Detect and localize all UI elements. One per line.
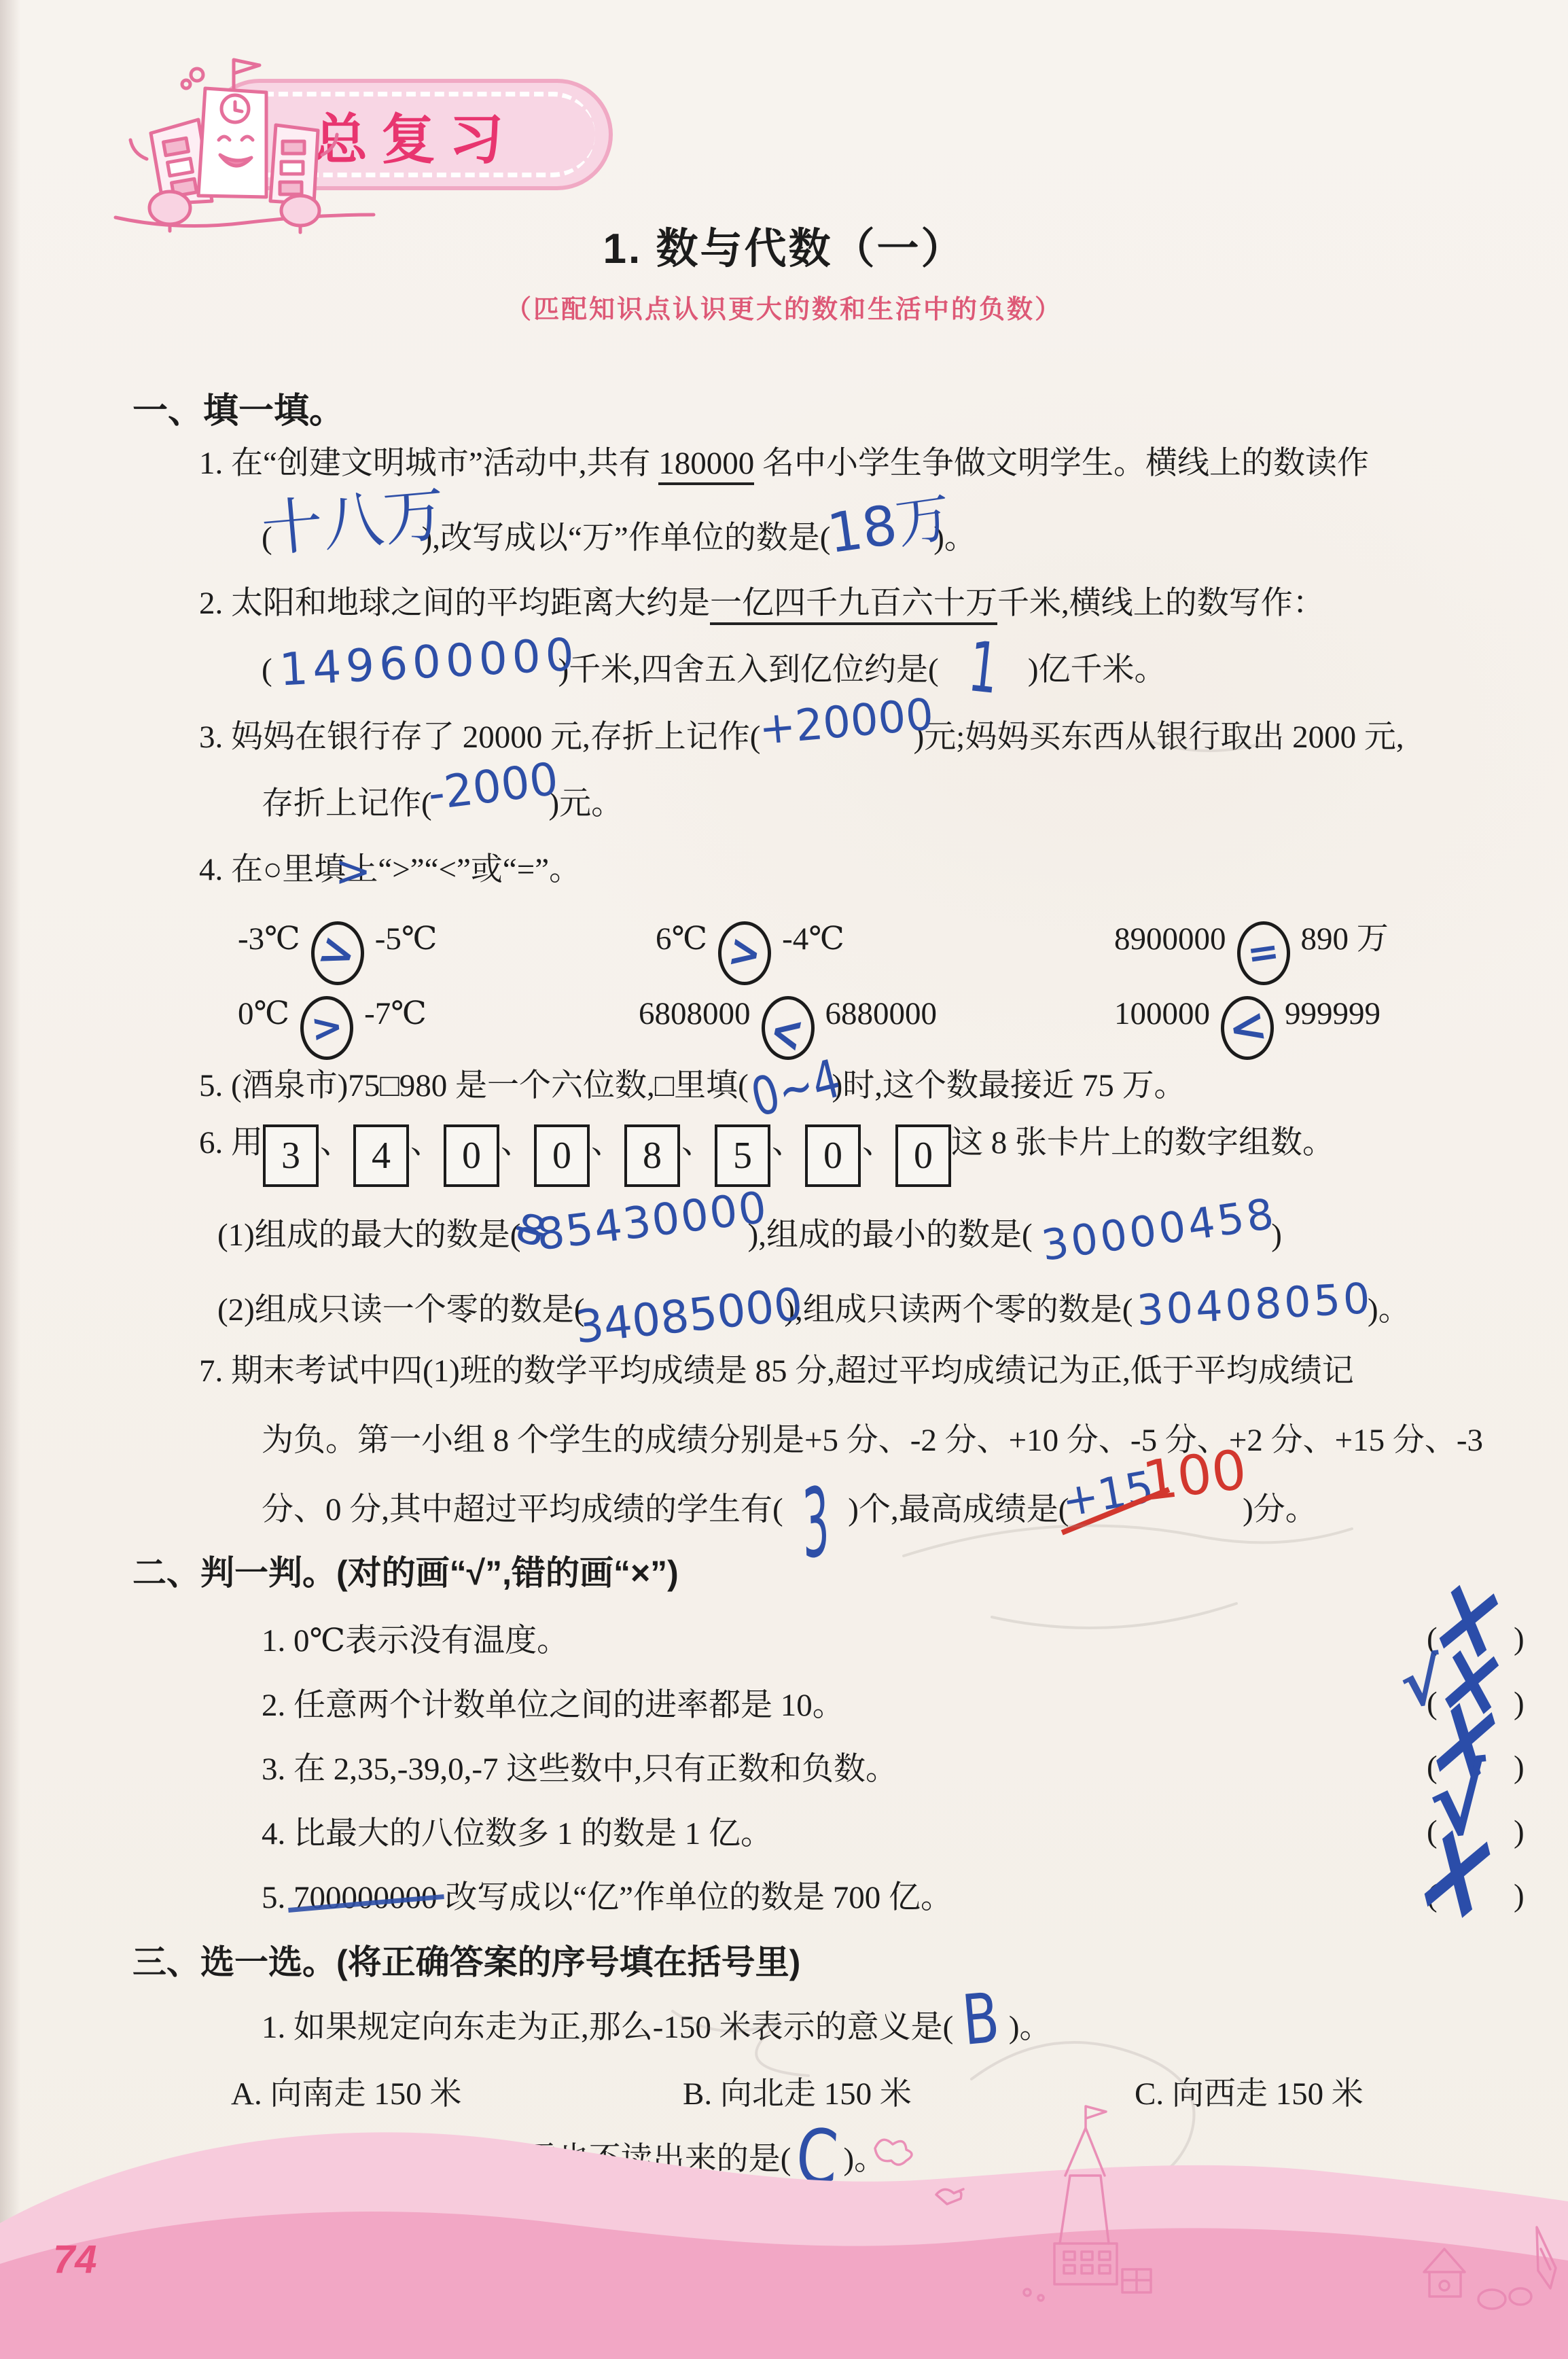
workbook-page: 总复习 1. 数与代数（一） （匹配知识点认识更大的数和生活中的负数） 一、填一… xyxy=(0,0,1568,2359)
footer-wave-decoration xyxy=(0,2019,1568,2359)
pencil-smudges xyxy=(0,0,1568,2359)
page-number: 74 xyxy=(53,2237,97,2282)
building-mascot-illustration xyxy=(88,26,401,236)
